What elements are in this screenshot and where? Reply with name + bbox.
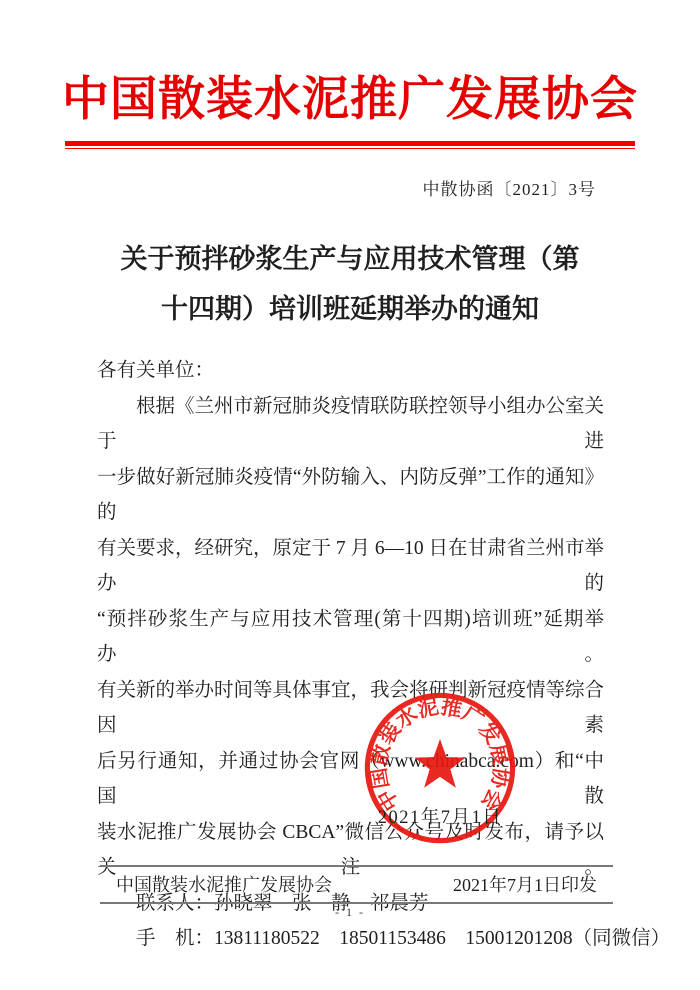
paragraph-line: 有关新的举办时间等具体事宜，我会将研判新冠疫情等综合因素 bbox=[97, 673, 604, 744]
document-title: 关于预拌砂浆生产与应用技术管理（第 十四期）培训班延期举办的通知 bbox=[50, 234, 650, 334]
salutation: 各有关单位： bbox=[97, 353, 604, 389]
footer-issuer: 中国散装水泥推广发展协会 bbox=[116, 871, 332, 897]
footer-bottom-line bbox=[100, 902, 613, 904]
masthead-divider-thick-line bbox=[65, 141, 635, 146]
paragraph-line: 一步做好新冠肺炎疫情“外防输入、内防反弹”工作的通知》的 bbox=[97, 460, 604, 531]
footer-top-line bbox=[100, 865, 613, 867]
document-page: 中国散装水泥推广发展协会 中散协函〔2021〕3号 关于预拌砂浆生产与应用技术管… bbox=[0, 0, 700, 990]
seal-star-icon bbox=[414, 739, 465, 788]
contact-phone-line: 手 机：13811180522 18501153486 15001201208（… bbox=[97, 921, 604, 957]
paragraph-line: 有关要求，经研究，原定于 7 月 6—10 日在甘肃省兰州市举办的 bbox=[97, 531, 604, 602]
document-title-line-1: 关于预拌砂浆生产与应用技术管理（第 bbox=[50, 234, 650, 284]
masthead-divider-thin-line bbox=[65, 148, 635, 150]
page-number: - 1 - bbox=[0, 905, 700, 920]
paragraph-line: 根据《兰州市新冠肺炎疫情联防联控领导小组办公室关于进 bbox=[97, 389, 604, 460]
masthead-divider bbox=[65, 141, 635, 149]
document-title-line-2: 十四期）培训班延期举办的通知 bbox=[50, 284, 650, 334]
document-number: 中散协函〔2021〕3号 bbox=[423, 175, 597, 200]
footer-row: 中国散装水泥推广发展协会 2021年7月1日印发 bbox=[100, 868, 613, 900]
footer-print-date: 2021年7月1日印发 bbox=[453, 871, 597, 897]
org-masthead: 中国散装水泥推广发展协会 bbox=[0, 62, 700, 129]
signoff-date: 2021年7月1日 bbox=[340, 803, 540, 829]
paragraph-line: “预拌砂浆生产与应用技术管理(第十四期)培训班”延期举办。 bbox=[97, 602, 604, 673]
